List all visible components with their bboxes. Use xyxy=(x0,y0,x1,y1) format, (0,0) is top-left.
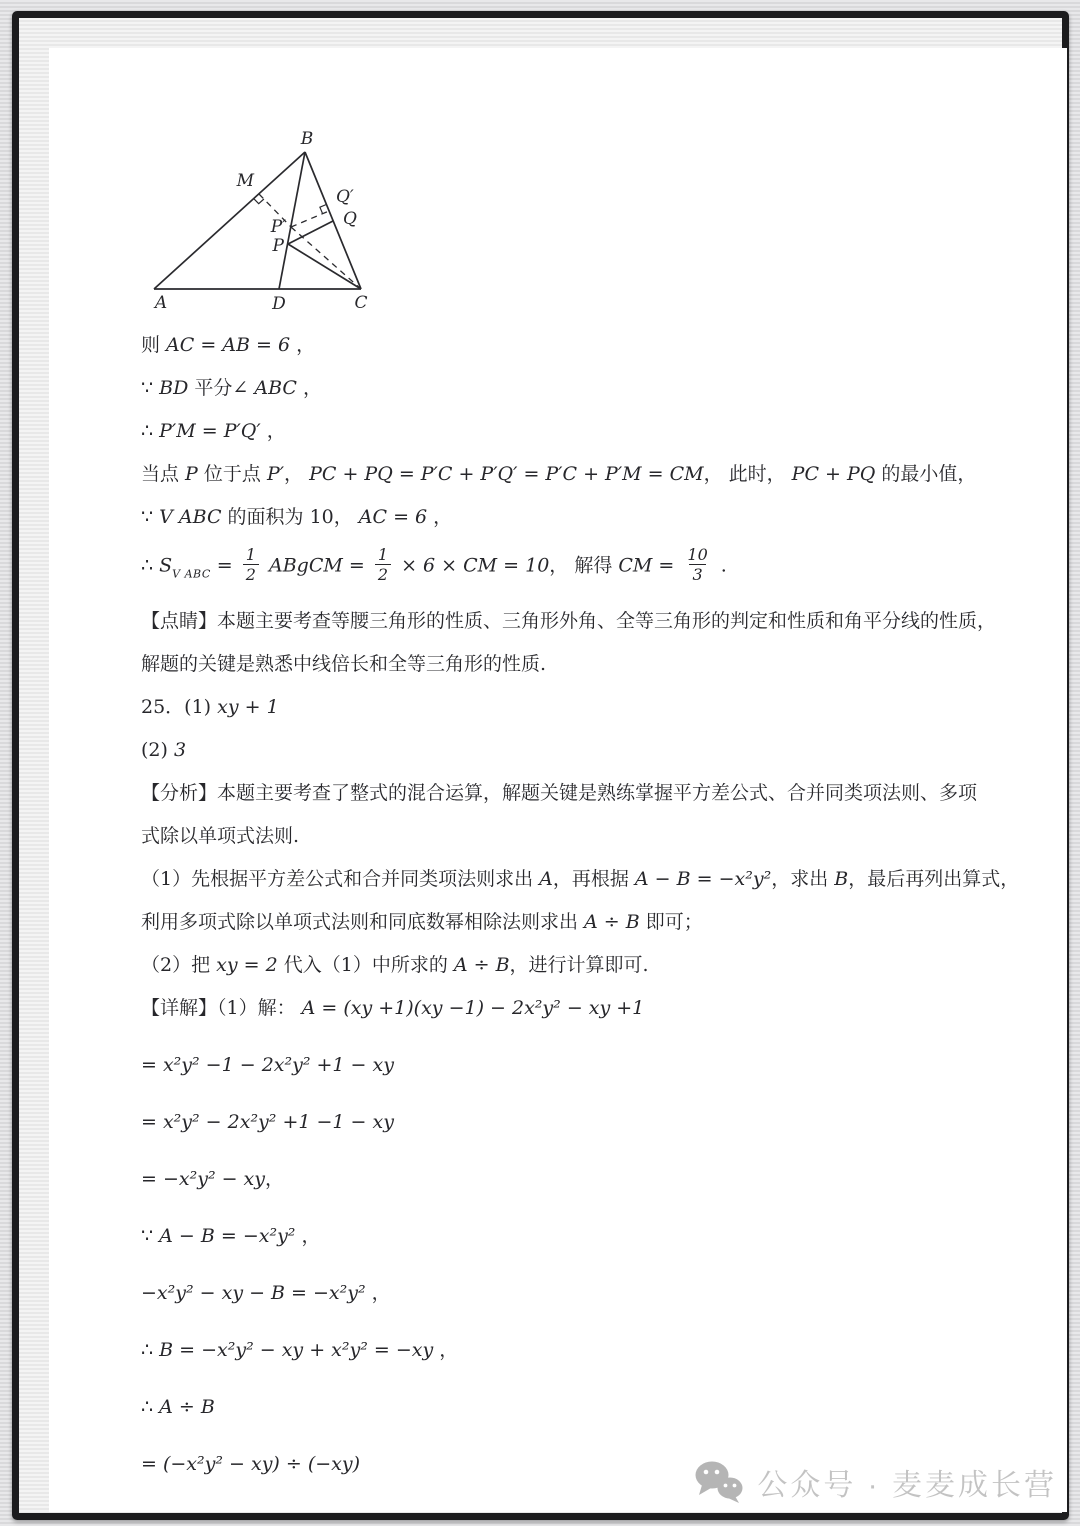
math-text: A ÷ B xyxy=(584,911,640,933)
text-line: 25．(1) xy + 1 xyxy=(141,694,991,721)
chinese-text: ，进行计算即可. xyxy=(510,954,649,976)
vertex-label-D: D xyxy=(271,294,286,314)
vertex-label-P-prime: P′ xyxy=(270,217,286,237)
fraction: 103 xyxy=(684,545,710,584)
device-frame: BMQ′QP′PADC 则 AC = AB = 6 ，∵ BD 平分∠ ABC … xyxy=(12,11,1069,1520)
chinese-text: ， xyxy=(261,420,286,442)
math-text: P xyxy=(185,463,198,485)
math-text: AC = AB = 6 xyxy=(166,334,290,356)
chinese-text: ， xyxy=(284,463,309,485)
chinese-text: ， xyxy=(433,1339,458,1361)
chinese-text: 即可； xyxy=(640,911,703,933)
chinese-text: ， xyxy=(295,1225,320,1247)
math-text: = (−x²y² − xy) ÷ (−xy) xyxy=(141,1453,360,1475)
chinese-text: 【点睛】本题主要考查等腰三角形的性质、三角形外角、全等三角形的判定和性质和角平分… xyxy=(141,610,996,632)
chinese-text: ，最后再列出算式， xyxy=(848,868,1019,890)
wechat-icon xyxy=(693,1460,745,1504)
fraction: 12 xyxy=(375,545,391,584)
text-line: 【分析】本题主要考查了整式的混合运算，解题关键是熟练掌握平方差公式、合并同类项法… xyxy=(141,780,991,807)
solid-segment xyxy=(288,244,361,289)
math-text: A − B = −x²y² xyxy=(159,1225,295,1247)
math-text: V ABC xyxy=(159,506,221,528)
chinese-text: 则 xyxy=(141,334,166,356)
text-line: 解题的关键是熟悉中线倍长和全等三角形的性质. xyxy=(141,651,991,678)
math-text: P′ xyxy=(267,463,284,485)
triangle-diagram-svg: BMQ′QP′PADC xyxy=(137,118,397,328)
vertex-label-Q: Q xyxy=(343,209,357,229)
math-text: = x²y² − 2x²y² +1 −1 − xy xyxy=(141,1111,394,1133)
math-text: P′M = P′Q′ xyxy=(159,420,261,442)
chinese-text: 位于点 xyxy=(198,463,267,485)
text-line: ∵ A − B = −x²y² ， xyxy=(141,1223,991,1250)
chinese-text: ，求出 xyxy=(771,868,834,890)
chinese-text: ∴ xyxy=(141,420,159,442)
math-text: = xyxy=(211,555,239,577)
vertex-label-A: A xyxy=(153,293,167,313)
vertex-label-P: P xyxy=(272,236,285,256)
solid-segment xyxy=(288,221,333,244)
text-line: = −x²y² − xy， xyxy=(141,1166,991,1193)
fraction: 12 xyxy=(243,545,259,584)
dashed-segment xyxy=(291,227,361,289)
chinese-text: 【分析】本题主要考查了整式的混合运算，解题关键是熟练掌握平方差公式、合并同类项法… xyxy=(141,782,977,804)
chinese-text: ， xyxy=(297,377,322,399)
chinese-text: 平分∠ xyxy=(188,377,254,399)
text-line: （2）把 xy = 2 代入（1）中所求的 A ÷ B，进行计算即可. xyxy=(141,952,991,979)
chinese-text: ∴ xyxy=(141,1339,159,1361)
text-line: ∴ B = −x²y² − xy + x²y² = −xy ， xyxy=(141,1337,991,1364)
watermark: 公众号 · 麦麦成长营 xyxy=(693,1460,1057,1504)
text-line: = x²y² −1 − 2x²y² +1 − xy xyxy=(141,1052,991,1079)
chinese-text: （2）把 xyxy=(141,954,216,976)
chinese-text: ， xyxy=(427,506,452,528)
chinese-text: ∴ xyxy=(141,555,159,577)
chinese-text: ， xyxy=(290,334,315,356)
vertex-label-M: M xyxy=(236,171,255,191)
text-line: ∴ A ÷ B xyxy=(141,1394,991,1421)
chinese-text: ， xyxy=(265,1168,284,1190)
text-line: −x²y² − xy − B = −x²y² ， xyxy=(141,1280,991,1307)
math-text: B = −x²y² − xy + x²y² = −xy xyxy=(159,1339,433,1361)
chinese-text: ， xyxy=(366,1282,391,1304)
chinese-text: ∵ xyxy=(141,377,159,399)
chinese-text: 的最小值， xyxy=(875,463,976,485)
math-text: CM = xyxy=(618,555,680,577)
chinese-text: 解题的关键是熟悉中线倍长和全等三角形的性质. xyxy=(141,653,546,675)
math-text: A − B = −x²y² xyxy=(635,868,771,890)
math-text: A = (xy +1)(xy −1) − 2x²y² − xy +1 xyxy=(302,997,645,1019)
text-line: ∵ BD 平分∠ ABC ， xyxy=(141,375,991,402)
chinese-text: ∴ xyxy=(141,1396,159,1418)
text-line: 当点 P 位于点 P′， PC + PQ = P′C + P′Q′ = P′C … xyxy=(141,461,991,488)
vertex-label-B: B xyxy=(300,129,314,149)
vertex-label-C: C xyxy=(354,293,367,313)
chinese-text: 25．(1) xyxy=(141,696,217,718)
math-text: × 6 × CM = 10 xyxy=(395,555,549,577)
text-line: 【点睛】本题主要考查等腰三角形的性质、三角形外角、全等三角形的判定和性质和角平分… xyxy=(141,608,991,635)
chinese-text: . xyxy=(715,555,727,577)
text-line: (2) 3 xyxy=(141,737,991,764)
math-text: PC + PQ xyxy=(792,463,876,485)
chinese-text: ∵ xyxy=(141,1225,159,1247)
chinese-text: ， 解得 xyxy=(549,555,618,577)
math-text: xy = 2 xyxy=(216,954,278,976)
solution-content: BMQ′QP′PADC 则 AC = AB = 6 ，∵ BD 平分∠ ABC … xyxy=(141,118,991,1508)
math-text: AC = 6 xyxy=(359,506,427,528)
text-line: （1）先根据平方差公式和合并同类项法则求出 A，再根据 A − B = −x²y… xyxy=(141,866,991,893)
chinese-text: 当点 xyxy=(141,463,185,485)
math-text: BD xyxy=(159,377,188,399)
text-line: ∴ SV ABC = 12 ABgCM = 12 × 6 × CM = 10， … xyxy=(141,547,991,588)
math-text: −x²y² − xy − B = −x²y² xyxy=(141,1282,366,1304)
math-text: S xyxy=(159,555,172,577)
math-text: ABC xyxy=(254,377,297,399)
math-text: = x²y² −1 − 2x²y² +1 − xy xyxy=(141,1054,394,1076)
text-line: 则 AC = AB = 6 ， xyxy=(141,332,991,359)
text-line: ∵ V ABC 的面积为 10， AC = 6 ， xyxy=(141,504,991,531)
chinese-text: 的面积为 10， xyxy=(221,506,358,528)
right-angle-mark xyxy=(254,199,264,204)
document-page: BMQ′QP′PADC 则 AC = AB = 6 ，∵ BD 平分∠ ABC … xyxy=(49,48,1067,1512)
dashed-segment xyxy=(291,211,329,227)
text-line: ∴ P′M = P′Q′ ， xyxy=(141,418,991,445)
vertex-label-Q-prime: Q′ xyxy=(336,187,354,207)
text-line: 式除以单项式法则. xyxy=(141,823,991,850)
math-text: 3 xyxy=(174,739,186,761)
math-text: ABgCM = xyxy=(263,555,371,577)
chinese-text: 式除以单项式法则. xyxy=(141,825,299,847)
chinese-text: ， 此时， xyxy=(704,463,792,485)
chinese-text: (2) xyxy=(141,739,174,761)
solution-text: 则 AC = AB = 6 ，∵ BD 平分∠ ABC ，∴ P′M = P′Q… xyxy=(141,332,991,1478)
math-text: xy + 1 xyxy=(217,696,279,718)
math-text: B xyxy=(834,868,848,890)
chinese-text: 代入（1）中所求的 xyxy=(278,954,454,976)
geometry-figure: BMQ′QP′PADC xyxy=(137,118,407,330)
math-text: A ÷ B xyxy=(454,954,510,976)
chinese-text: 利用多项式除以单项式法则和同底数幂相除法则求出 xyxy=(141,911,584,933)
math-text: PC + PQ = P′C + P′Q′ = P′C + P′M = CM xyxy=(309,463,703,485)
math-text: A ÷ B xyxy=(159,1396,215,1418)
text-line: = x²y² − 2x²y² +1 −1 − xy xyxy=(141,1109,991,1136)
text-line: 【详解】（1）解： A = (xy +1)(xy −1) − 2x²y² − x… xyxy=(141,995,991,1022)
math-text: = −x²y² − xy xyxy=(141,1168,265,1190)
chinese-text: （1）先根据平方差公式和合并同类项法则求出 xyxy=(141,868,539,890)
watermark-label: 公众号 · 麦麦成长营 xyxy=(757,1460,1057,1504)
text-line: 利用多项式除以单项式法则和同底数幂相除法则求出 A ÷ B 即可； xyxy=(141,909,991,936)
chinese-text: ，再根据 xyxy=(553,868,635,890)
chinese-text: 【详解】（1）解： xyxy=(141,997,302,1019)
math-text: A xyxy=(539,868,553,890)
subscript-text: V ABC xyxy=(172,568,211,581)
chinese-text: ∵ xyxy=(141,506,159,528)
